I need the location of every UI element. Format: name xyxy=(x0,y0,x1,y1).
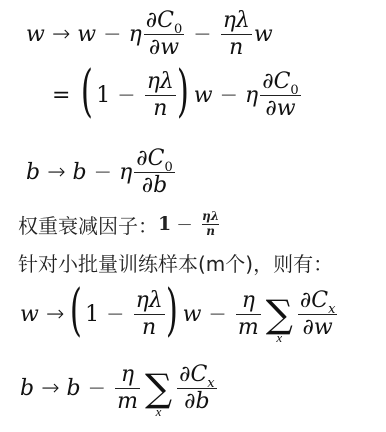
grad-numerator: ∂C xyxy=(146,8,174,33)
grad-numerator: ∂C xyxy=(300,288,328,313)
minus: − xyxy=(94,160,112,185)
equals: = xyxy=(52,83,70,108)
subscript: x xyxy=(328,302,335,317)
grad-denominator: ∂b xyxy=(140,173,169,198)
learning-rate-fraction: η m xyxy=(236,288,261,340)
paren-open: ( xyxy=(81,64,93,120)
gradient-fraction: ∂C0 ∂w xyxy=(260,69,301,121)
lr-denominator: m xyxy=(115,389,140,414)
one: 1 xyxy=(96,83,110,108)
summation: ∑ x xyxy=(145,370,172,420)
var-w: w xyxy=(26,22,45,47)
paren-close: ) xyxy=(166,283,178,339)
decay-fraction: ηλ n xyxy=(202,210,219,237)
reg-denominator: n xyxy=(151,96,169,121)
eta: η xyxy=(245,83,258,108)
minus: − xyxy=(208,302,226,327)
subscript: x xyxy=(207,376,214,391)
paren-close: ) xyxy=(177,64,189,120)
equation-weight-update: w → w − η ∂C0 ∂w − ηλ n w xyxy=(26,8,273,60)
arrow: → xyxy=(47,160,65,185)
sigma-icon: ∑ xyxy=(145,370,172,406)
gradient-fraction: ∂C0 ∂b xyxy=(134,146,175,198)
gradient-fraction: ∂Cx ∂b xyxy=(177,362,217,414)
summation: ∑ x xyxy=(266,296,293,346)
grad-denominator: ∂b xyxy=(182,389,211,414)
subscript: 0 xyxy=(290,83,298,98)
arrow: → xyxy=(52,22,70,47)
var-w: w xyxy=(77,22,96,47)
equation-minibatch-weight-update: w → ( 1 − ηλ n ) w − η m ∑ x ∂Cx ∂w xyxy=(20,280,339,348)
grad-numerator: ∂C xyxy=(262,69,290,94)
minus: − xyxy=(103,22,121,47)
weight-decay-factor-line: 权重衰减因子： 1 − ηλ n xyxy=(18,206,219,242)
decay-numerator: ηλ xyxy=(202,210,219,223)
var-w: w xyxy=(254,22,273,47)
gradient-fraction: ∂C0 ∂w xyxy=(144,8,185,60)
lr-numerator: η xyxy=(119,362,136,387)
var-w: w xyxy=(20,302,39,327)
subscript: 0 xyxy=(174,22,182,37)
grad-numerator: ∂C xyxy=(179,362,207,387)
eta: η xyxy=(129,22,142,47)
one: 1 xyxy=(85,302,99,327)
grad-numerator: ∂C xyxy=(136,146,164,171)
gradient-fraction: ∂Cx ∂w xyxy=(298,288,338,340)
minibatch-label: 针对小批量训练样本(m个)，则有： xyxy=(18,248,333,277)
sum-index: x xyxy=(156,404,162,420)
var-b: b xyxy=(26,160,40,185)
sigma-icon: ∑ xyxy=(266,296,293,332)
lr-denominator: m xyxy=(236,315,261,340)
reg-denominator: n xyxy=(140,315,158,340)
var-b: b xyxy=(67,376,81,401)
grad-denominator: ∂w xyxy=(147,35,181,60)
one: 1 xyxy=(158,213,171,235)
var-b: b xyxy=(20,376,34,401)
var-w: w xyxy=(194,83,213,108)
learning-rate-fraction: η m xyxy=(115,362,140,414)
reg-fraction: ηλ n xyxy=(221,8,252,60)
arrow: → xyxy=(46,302,64,327)
minus: − xyxy=(220,83,238,108)
reg-numerator: ηλ xyxy=(134,288,165,313)
arrow: → xyxy=(41,376,59,401)
equation-weight-update-simplified: = ( 1 − ηλ n ) w − η ∂C0 ∂w xyxy=(52,64,303,126)
grad-denominator: ∂w xyxy=(301,315,335,340)
minus: − xyxy=(193,22,211,47)
decay-denominator: n xyxy=(206,225,215,238)
reg-numerator: ηλ xyxy=(221,8,252,33)
reg-numerator: ηλ xyxy=(145,69,176,94)
grad-denominator: ∂w xyxy=(263,96,297,121)
minus: − xyxy=(176,212,193,236)
equation-bias-update: b → b − η ∂C0 ∂b xyxy=(26,144,177,200)
sum-index: x xyxy=(276,330,282,346)
var-b: b xyxy=(73,160,87,185)
subscript: 0 xyxy=(164,160,172,175)
reg-fraction: ηλ n xyxy=(145,69,176,121)
eta: η xyxy=(119,160,132,185)
reg-denominator: n xyxy=(227,35,245,60)
lr-numerator: η xyxy=(240,288,257,313)
equation-minibatch-bias-update: b → b − η m ∑ x ∂Cx ∂b xyxy=(20,354,219,422)
minus: − xyxy=(117,83,135,108)
paren-open: ( xyxy=(70,283,82,339)
var-w: w xyxy=(183,302,202,327)
minibatch-intro-line: 针对小批量训练样本(m个)，则有： xyxy=(18,248,333,276)
reg-fraction: ηλ n xyxy=(134,288,165,340)
decay-label: 权重衰减因子： xyxy=(18,210,158,239)
minus: − xyxy=(106,302,124,327)
minus: − xyxy=(88,376,106,401)
